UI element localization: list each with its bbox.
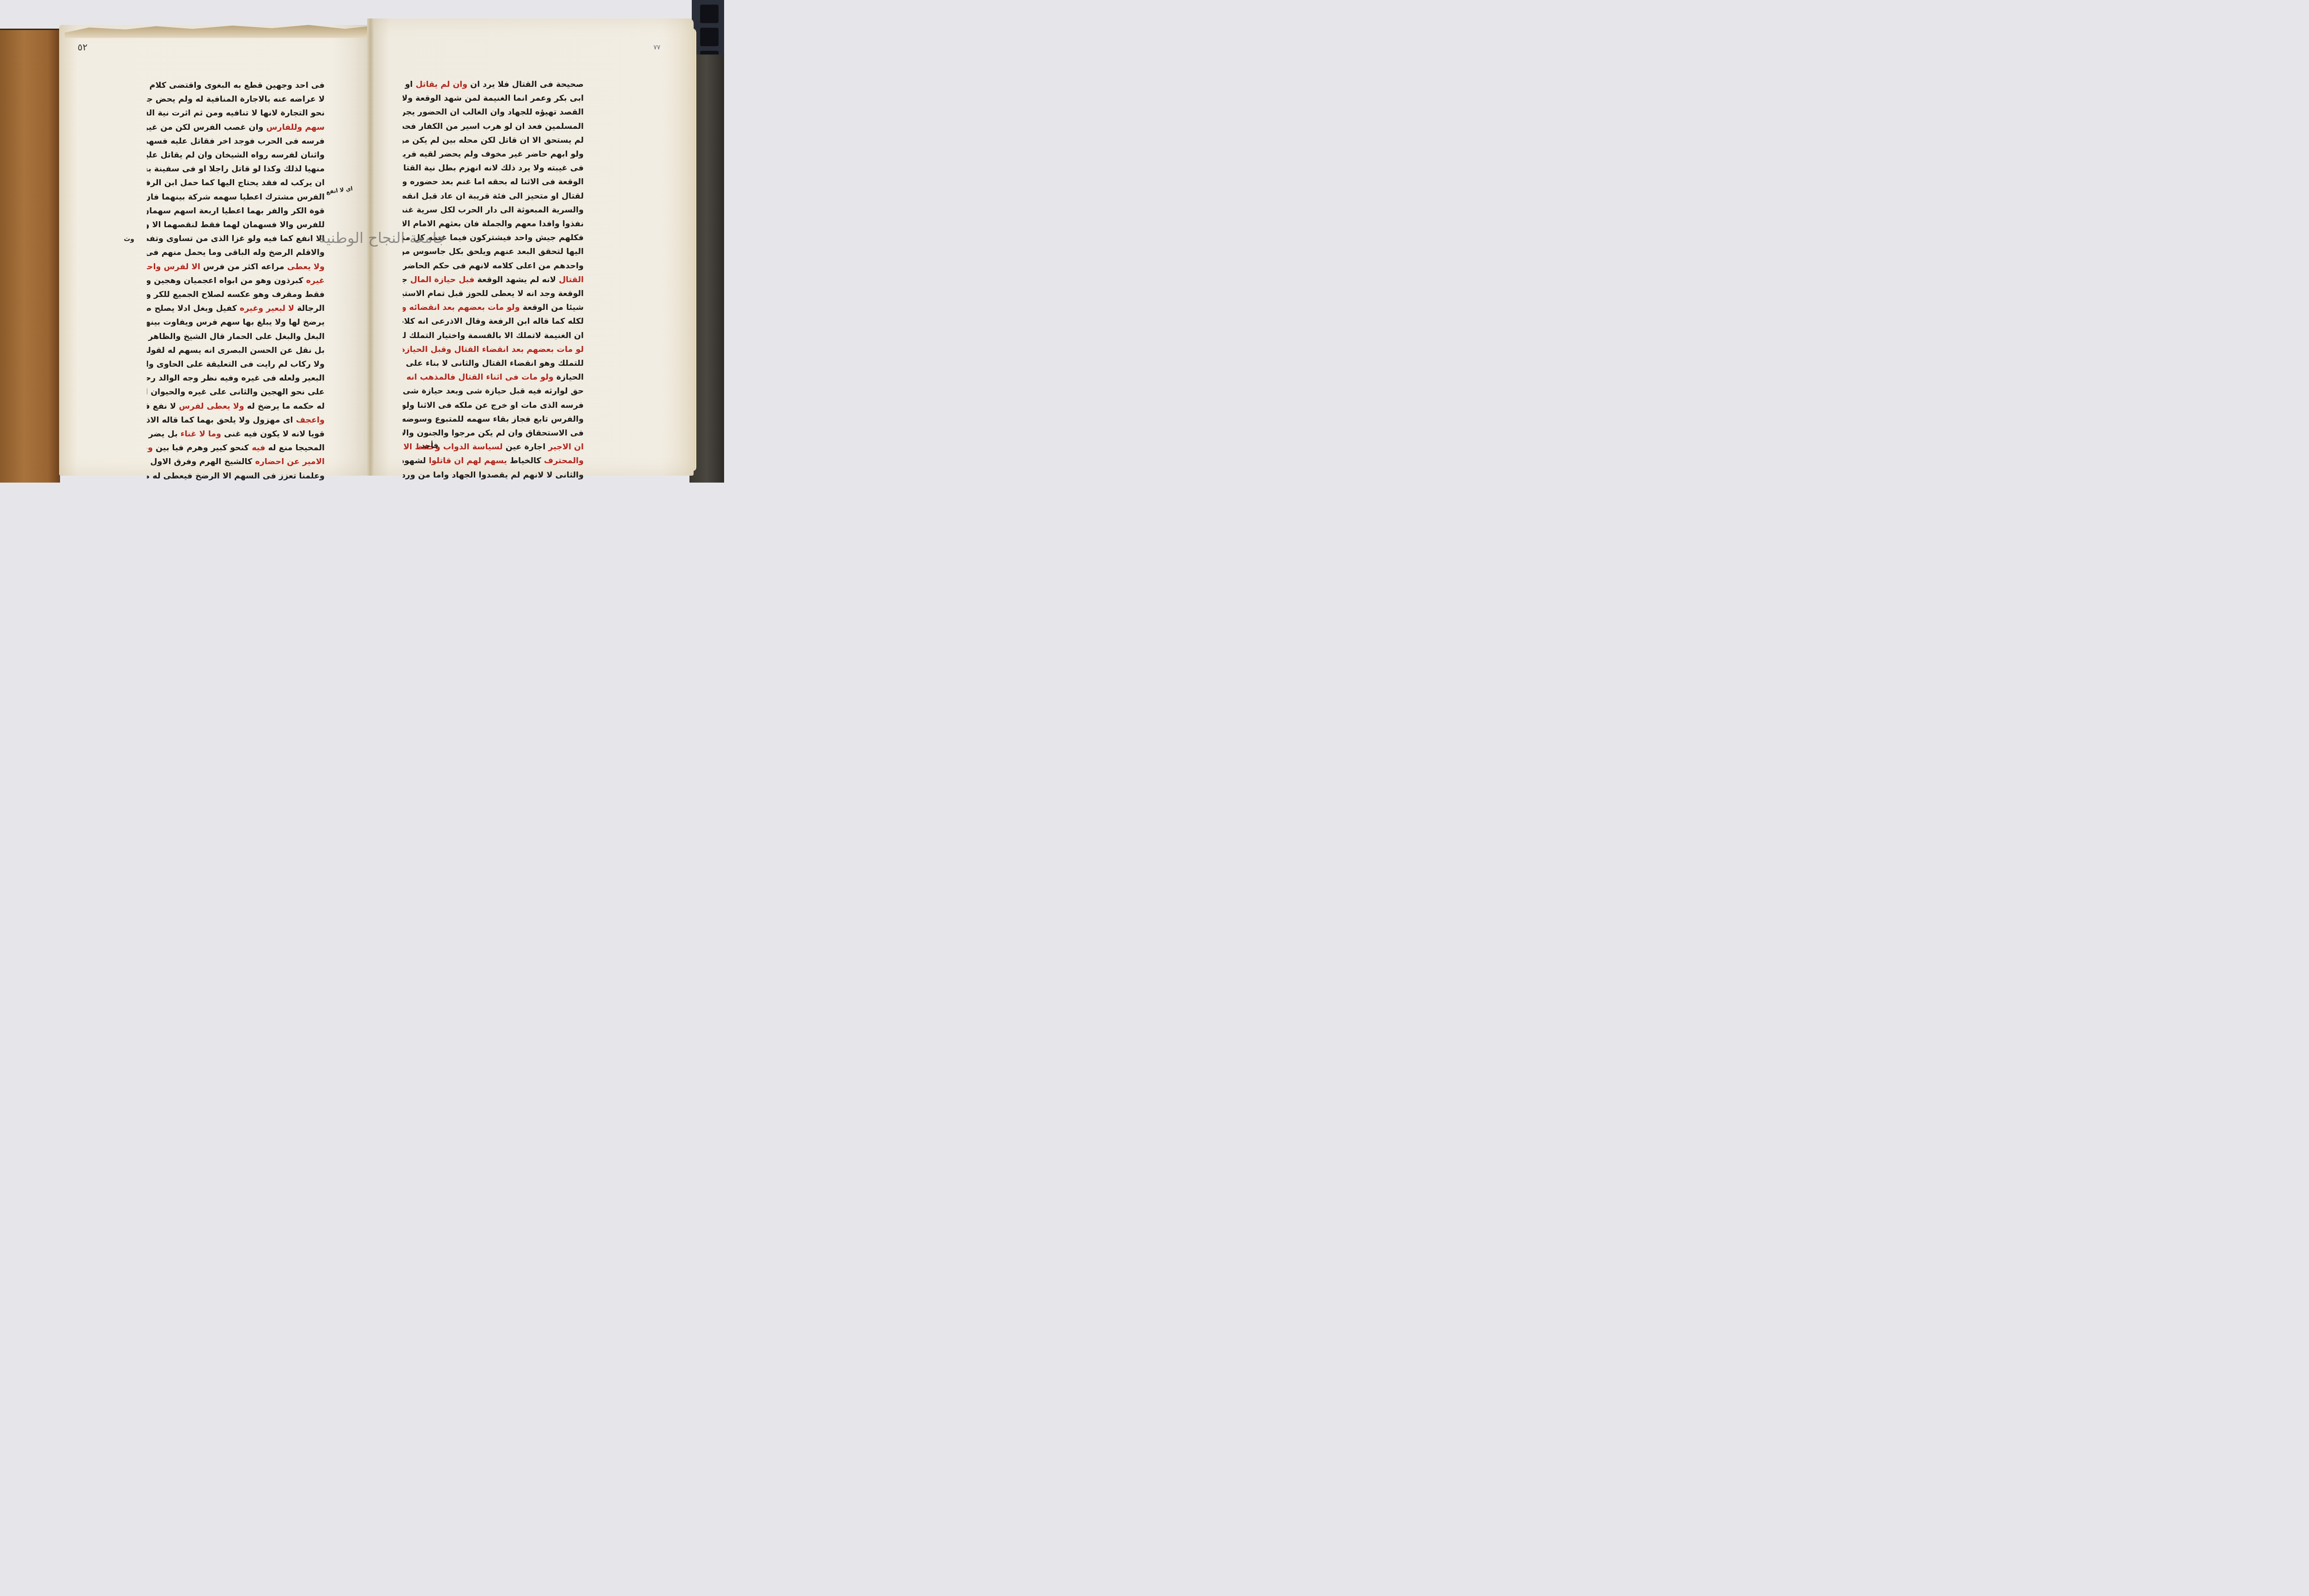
manuscript-line: واثنان لفرسه رواه الشيخان وان لم يقاتل ع… [147,148,325,162]
body-text: وعلمنا تعزز فى السهم الا الرضخ فيعطى له … [147,472,325,481]
body-text: فرسه الذى مات او خرج عن ملكه فى الاثنا و… [403,401,584,410]
rubric-text: الامير عن احضاره [255,457,325,466]
manuscript-line: الوقعة وجد انه لا يعطى للحوز قبل تمام ال… [403,287,584,301]
rubric-text: واعجف [296,416,325,425]
manuscript-line: ان الغنيمة لاتملك الا بالقسمة واختيار ال… [403,329,584,343]
manuscript-line: القتال لانه لم يشهد الوقعة فبل حيازة الم… [403,273,584,287]
body-text: قويا لانه لا يكون فيه غنى [221,429,325,439]
body-text: لا نفع فيه كصغير وهو ما لم يبلغ سنة [147,402,179,411]
body-text: او قاتل وحضر بنية اخرى لقول [403,80,416,89]
manuscript-line: فقط ومقرف وهو عكسه لصلاح الجميع للكر وال… [147,288,325,302]
manuscript-line: نحو التجارة لانها لا تنافيه ومن ثم اثرت … [147,106,325,120]
body-text: فى احد وجهين قطع به البغوى واقتضى كلام ا… [147,81,325,90]
manuscript-line: يرضخ لها ولا يبلغ بها سهم فرس ويفاوت بين… [147,315,325,329]
body-text: ولا ركاب لم رايت فى التعليقة على الحاوى … [147,360,325,369]
manuscript-line: فرسه الذى مات او خرج عن ملكه فى الاثنا و… [403,399,584,412]
body-text: فرسه فى الحرب فوجد اخر فقاتل عليه فسهم ل… [147,137,325,146]
rubric-text: وان لم يقاتل [416,80,467,89]
rubric-text: القتال [559,275,584,284]
body-text: اليها لتحقق البعد عنهم ويلحق بكل جاسوس م… [403,247,584,256]
manuscript-line: قويا لانه لا يكون فيه غنى وما لا غناء بل… [147,427,325,441]
body-text: فى غيبته ولا يرد ذلك لانه انهزم بطل نية … [403,163,584,173]
body-text: جميعه بعد انقضا [403,275,410,284]
body-text: على نحو الهجين والثانى على غيره والحيوان… [147,387,325,397]
body-text: لانه لم يشهد الوقعة [474,275,559,284]
watermark: جامعة النجاح الوطنية [319,229,446,247]
body-text: بل نقل عن الحسن البصرى انه يسهم له لقوله… [147,346,325,355]
body-text: ابى بكر وعمر انما الغنيمة لمن شهد الوقعة… [403,94,584,103]
manuscript-line: ان يركب له فقد يحتاج اليها كما حمل ابن ا… [147,176,325,190]
rubric-text: وما لا غناء [181,429,221,439]
manuscript-line: للتملك وهو انقضاء القتال والثانى لا بناء… [403,357,584,370]
body-text: شيئا من الوقعة [520,303,584,312]
rubric-text: لا لبعير وغيره [240,304,294,313]
folio-number-right: ٧٧ [653,44,660,51]
body-text: كنحو كبير وهرم فيا بين [153,443,252,453]
body-text: المحيجا منع له [265,443,325,453]
body-text: والفرس تابع فجاز بقاء سهمه للمتبوع وسوضه… [403,415,584,424]
body-text: صحيحة فى القتال فلا يرد ان [467,80,584,89]
manuscript-line: فرسه فى الحرب فوجد اخر فقاتل عليه فسهم ل… [147,134,325,148]
manuscript-line: لكله كما قاله ابن الرفعة وقال الاذرعى ان… [403,314,584,328]
manuscript-line: الرجالة لا لبعير وغيره كفيل وبغل ادلا يص… [147,302,325,315]
manuscript-line: واعجف اى مهزول ولا يلحق بهما كما قاله ال… [147,413,325,427]
manuscript-line: فى احد وجهين قطع به البغوى واقتضى كلام ا… [147,79,325,92]
rubric-text: لو مات بعضهم بعد انقضاء القتال [454,345,584,354]
manuscript-line: ولا يعطى مراعه اكثر من فرس الا لفرس واحد… [147,260,325,274]
body-text: البغل والبغل على الحمار قال الشيخ والظاه… [147,332,325,341]
manuscript-line: والثانى لا لانهم لم يقصدوا الجهاد واما م… [403,468,584,482]
rubric-text: سهم وللفارس [266,123,325,132]
rubric-text: فيه [252,443,265,453]
manuscript-line: لا عراضه عنه بالاجارة المنافية له ولم يح… [147,92,325,106]
manuscript-line: وعلمنا تعزز فى السهم الا الرضخ فيعطى له … [147,469,325,483]
body-text: يرضخ لها ولا يبلغ بها سهم فرس ويفاوت بين… [147,318,325,327]
body-text: لا عراضه عنه بالاجارة المنافية له ولم يح… [147,95,325,104]
manuscript-line: بل نقل عن الحسن البصرى انه يسهم له لقوله… [147,344,325,357]
manuscript-line: سهم وللفارس وان غصب الفرس لكن من غير حاض… [147,121,325,134]
manuscript-line: الا انفع كما فيه ولو غزا الذى من تساوى و… [147,232,325,246]
manuscript-line: ولا ركاب لم رايت فى التعليقة على الحاوى … [147,357,325,371]
body-text: لقتال او متحيز الى فئة قريبة ان عاد قبل … [403,192,584,201]
body-text: كالشيخ الهرم وفرق الاول بان هذا ينتفع بر… [147,457,255,466]
body-text: بل يضر بعنا ليبا صاحبه وهنا بتحفظ [147,429,181,439]
rubric-text: ولو مات فى اثناء القتال فالمذهب انه لا ش… [403,373,554,382]
body-text: اى مهزول ولا يلحق بهما كما قاله الاذرعى … [147,416,296,425]
catchword: فأحد [421,441,438,450]
manuscript-line: مدة كخياطة ثوب فيعطى وان لم يقاتل واما ا… [403,482,584,483]
body-text: القصد تهيؤه للجهاد وان الغالب ان الحضور … [403,108,584,117]
manuscript-line: على نحو الهجين والثانى على غيره والحيوان… [147,385,325,399]
book-gutter [367,18,374,476]
manuscript-line: منهيا لذلك وكذا لو قاتل راجلا او فى سفين… [147,162,325,176]
manuscript-line: ولو ابهم حاضر غير مخوف ولم يحضر لقيه فري… [403,147,584,161]
manuscript-line: حق لوارثه فيه قبل حيازة شى وبعد حيازة شى… [403,384,584,398]
body-text: الا انفع كما فيه ولو غزا الذى من تساوى و… [147,234,325,243]
rubric-text: لسياسة الدواب وحفظ الامتعة والتاجر [403,442,503,452]
manuscript-line: والفرس تابع فجاز بقاء سهمه للمتبوع وسوضه… [403,412,584,426]
body-text: الوقعة وجد انه لا يعطى للحوز قبل تمام ال… [403,289,584,298]
body-text: له حكمه ما يرضخ له [244,402,325,411]
rubric-text: ولا يعطى لفرس [179,402,244,411]
rubric-text: وقبل الحيازة فى الاصح [403,345,451,354]
manuscript-line: فى الاستحقاق وان لم يكن مرجوا والجنون وا… [403,426,584,440]
manuscript-line: البعير ولعله فى غيره وفيه نظر وجه الوالد… [147,371,325,385]
book-cover-left [0,29,60,483]
body-text: اجارة عين [503,442,549,452]
body-text: ان الغنيمة لاتملك الا بالقسمة واختيار ال… [403,331,584,340]
manuscript-line: لو مات بعضهم بعد انقضاء القتال وقبل الحي… [403,343,584,357]
body-text: مراعه اكثر من فرس [200,262,287,272]
manuscript-line: للفرس والا فسهمان لهما فقط لنقصهما الا و… [147,218,325,232]
manuscript-line: الوقعة فى الاثنا له بحقه اما غنم بعد حضو… [403,175,584,189]
body-text: والاقلم الرضخ وله الباقى وما يحمل منهم ف… [147,248,325,257]
body-text: للتملك وهو انقضاء القتال والثانى لا بناء… [403,359,584,368]
rubric-text: يسهم لهم ان قاتلوا [429,456,507,465]
body-text: قوة الكر والفر بهما اعطيا اربعة اسهم سهم… [147,206,325,216]
body-text: نحو التجارة لانها لا تنافيه ومن ثم اثرت … [147,109,325,118]
shelf-slot [700,28,719,46]
body-text: منهيا لذلك وكذا لو قاتل راجلا او فى سفين… [147,164,325,174]
body-text: فى الاستحقاق وان لم يكن مرجوا والجنون وا… [403,429,584,438]
body-text: ان يركب له فقد يحتاج اليها كما حمل ابن ا… [147,178,325,187]
shelf-slot [700,5,719,23]
rubric-text: ولا يعطى [287,262,325,272]
manuscript-line: ابى بكر وعمر انما الغنيمة لمن شهد الوقعة… [403,91,584,105]
manuscript-line: فى غيبته ولا يرد ذلك لانه انهزم بطل نية … [403,161,584,175]
right-page-text: صحيحة فى القتال فلا يرد ان وان لم يقاتل … [403,78,584,483]
rubric-text: ان الاجير [548,442,584,452]
manuscript-line: اليها لتحقق البعد عنهم ويلحق بكل جاسوس م… [403,245,584,259]
manuscript-line: غيره كبرذون وهو من ابواه اعجميان وهجين و… [147,274,325,288]
body-text: الفرس مشترك اعطيا سهمه شركة بينهما فان ر… [147,193,325,202]
body-text: لكله كما قاله ابن الرفعة وقال الاذرعى ان… [403,317,584,326]
body-text: والثانى لا لانهم لم يقصدوا الجهاد واما م… [403,471,584,480]
manuscript-line: والسرية المبعوثة الى دار الحرب لكل سرية … [403,203,584,217]
manuscript-line: الحيازة ولو مات فى اثناء القتال فالمذهب … [403,370,584,384]
body-text: كفيل وبغل ادلا يصلح صلاحيته الخيل نعم [147,304,240,313]
manuscript-line: والمحترف كالخياط يسهم لهم ان قاتلوا لشهو… [403,454,584,468]
body-text: لشهود هم الوقعة وقتالهم [403,456,429,465]
body-text: للفرس والا فسهمان لهما فقط لنقصهما الا و… [147,220,325,230]
margin-note-outer: وث [124,236,134,243]
manuscript-line: واحدهم من اعلى كلامه لانهم فى حكم الحاضر… [403,259,584,273]
manuscript-line: لقتال او متحيز الى فئة قريبة ان عاد قبل … [403,189,584,203]
rubric-text: فبل حيازة المال [410,275,474,284]
manuscript-line: المسلمين فعد ان لو هرب اسير من الكفار فح… [403,120,584,133]
manuscript-line: شيئا من الوقعة ولو مات بعضهم بعد انقضائه… [403,301,584,314]
body-text: كبرذون وهو من ابواه اعجميان وهجين وهو ما… [147,276,306,285]
rubric-text: الا لفرس واحد [147,262,200,272]
body-text: الوقعة فى الاثنا له بحقه اما غنم بعد حضو… [403,177,584,187]
manuscript-line: القصد تهيؤه للجهاد وان الغالب ان الحضور … [403,105,584,119]
left-page-text: فى احد وجهين قطع به البغوى واقتضى كلام ا… [147,79,325,483]
folio-number-left: ٥٢ [78,42,87,53]
body-text: واحدهم من اعلى كلامه لانهم فى حكم الحاضر… [403,261,584,271]
manuscript-line: الفرس مشترك اعطيا سهمه شركة بينهما فان ر… [147,190,325,204]
manuscript-line: لم يستحق الا ان قاتل لكن محله بين لم يكن… [403,133,584,147]
body-text: الرجالة [294,304,325,313]
body-text: لم يستحق الا ان قاتل لكن محله بين لم يكن… [403,136,584,145]
body-text: وان غصب الفرس لكن من غير حاضر والا فلا ب… [147,123,266,132]
rubric-text: غيره [306,276,325,285]
body-text: ولو ابهم حاضر غير مخوف ولم يحضر لقيه فري… [403,150,584,159]
body-text: الحيازة [554,373,584,382]
rubric-text: والمحترف [544,456,584,465]
manuscript-line: له حكمه ما يرضخ له ولا يعطى لفرس لا نفع … [147,399,325,413]
body-text: والسرية المبعوثة الى دار الحرب لكل سرية … [403,206,584,215]
body-text: كالخياط [507,456,544,465]
manuscript-line: قوة الكر والفر بهما اعطيا اربعة اسهم سهم… [147,204,325,218]
body-text: فقط ومقرف وهو عكسه لصلاح الجميع للكر وال… [147,290,325,299]
manuscript-line: المحيجا منع له فيه كنحو كبير وهرم فيا بي… [147,441,325,455]
manuscript-line: صحيحة فى القتال فلا يرد ان وان لم يقاتل … [403,78,584,91]
rubric-text: وفى قول يعطى ان لم يعلم نهى [147,443,153,453]
body-text: واثنان لفرسه رواه الشيخان وان لم يقاتل ع… [147,151,325,160]
body-text: حق لوارثه فيه قبل حيازة شى وبعد حيازة شى… [403,387,584,396]
manuscript-line: الامير عن احضاره كالشيخ الهرم وفرق الاول… [147,455,325,469]
body-text: نفذوا وافدا معهم والجملة فان بعثهم الاما… [403,219,584,229]
manuscript-line: والاقلم الرضخ وله الباقى وما يحمل منهم ف… [147,246,325,260]
body-text: المسلمين فعد ان لو هرب اسير من الكفار فح… [403,122,584,131]
body-text: البعير ولعله فى غيره وفيه نظر وجه الوالد… [147,374,325,383]
manuscript-line: البغل والبغل على الحمار قال الشيخ والظاه… [147,330,325,344]
rubric-text: ولو مات بعضهم بعد انقضائه والحيازة فحقه [403,303,520,312]
